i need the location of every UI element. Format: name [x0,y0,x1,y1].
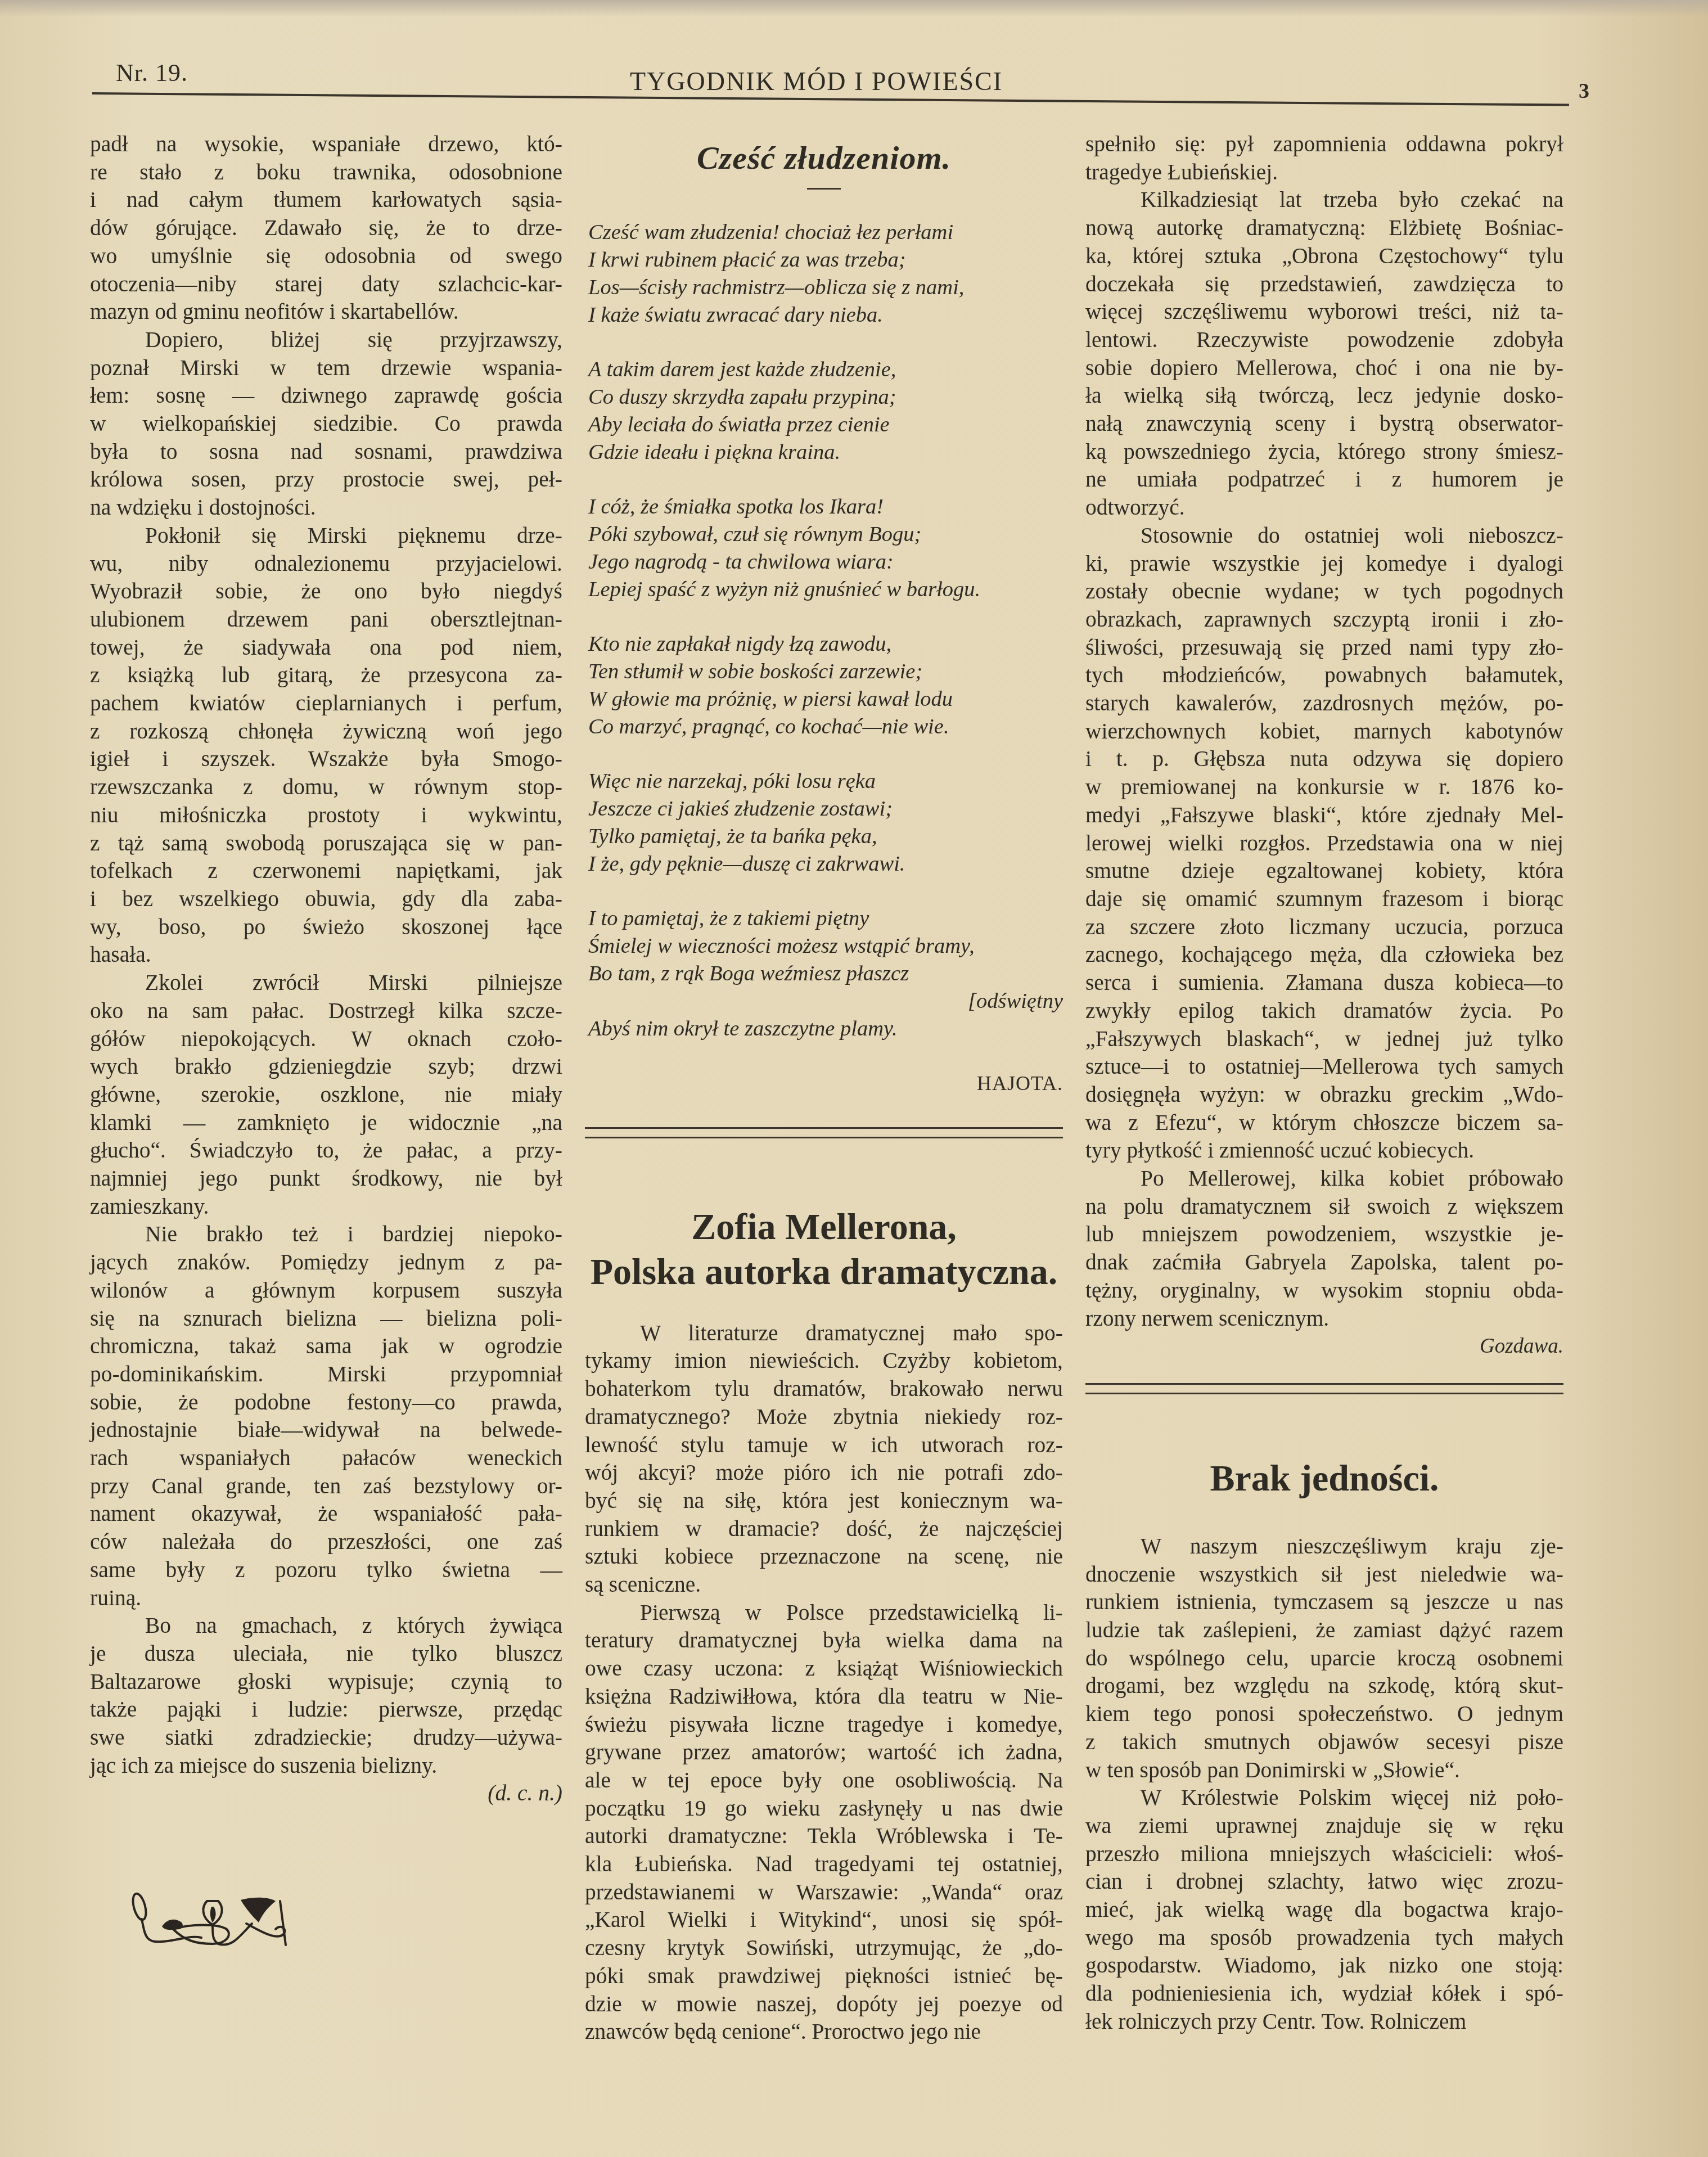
text-line: same były z pozoru tylko świetna — [90,1556,562,1584]
text-line: gospodarstw. Wiadomo, jak nizko one stoj… [1085,1952,1563,1980]
text-line: za szczere złoto liczmany uczucia, porzu… [1085,913,1563,942]
article-title-line1: Zofia Mellerona, [691,1206,957,1248]
text-line: runkiem w dramacie? dość, że najczęściej [585,1515,1063,1543]
text-line: tężny, oryginalny, w wysokim stopniu obd… [1085,1277,1563,1305]
poem-line: Gdzie ideału i piękna kraina. [588,439,1063,466]
issue-number: Nr. 19. [116,58,188,87]
text-line: była to sosna nad sosnami, prawdziwa [90,438,562,466]
text-line: bohaterkom tylu dramatów, brakowało nerw… [585,1375,1063,1403]
text-line: więcej szczęśliwemu wyborowi treści, niż… [1085,298,1563,326]
poem-line: Póki szybował, czuł się równym Bogu; [588,521,1063,548]
text-line: niu miłośniczka prostoty i wykwintu, [90,801,562,830]
poem-title: Cześć złudzeniom. [585,138,1063,178]
text-line: i nad całym tłumem karłowatych sąsia- [90,186,562,214]
text-line: po-dominikańskim. Mirski przypomniał [90,1361,562,1389]
text-line: być się na siłę, która jest koniecznym w… [585,1487,1063,1515]
text-line: wych brakło gdzieniegdzie szyb; drzwi [90,1053,562,1081]
poem-line: Jeszcze ci jakieś złudzenie zostawi; [588,795,1063,823]
text-line: na polu dramatycznem sił swoich z większ… [1085,1193,1563,1221]
paragraph: Pierwszą w Polsce przedstawicielką li-te… [585,1599,1063,2046]
text-line: owe czasy uczona: z książąt Wiśniowiecki… [585,1655,1063,1683]
text-line: mazyn od gminu neofitów i skartabellów. [90,298,562,326]
text-line: tyry płytkość i zmienność uczuć kobiecyc… [1085,1137,1563,1165]
text-line: zostały obecnie wydane; w tych pogodnych [1085,578,1563,606]
text-line: autorki dramatyczne: Tekla Wróblewska i … [585,1822,1063,1850]
text-line: wilonów a głównym korpusem suszyła [90,1277,562,1305]
text-line: ła wielką siłą twórczą, lecz jedynie dos… [1085,382,1563,410]
text-line: Po Mellerowej, kilka kobiet próbowało [1085,1165,1563,1193]
text-line: lentowi. Rzeczywiste powodzenie zdobyła [1085,326,1563,354]
poem-line: I że, gdy pęknie—duszę ci zakrwawi. [588,850,1063,878]
text-line: spełniło się: pył zapomnienia oddawna po… [1085,130,1563,159]
text-line: śliwości, przesuwają się przed nami typy… [1085,634,1563,662]
text-line: je dusza uleciała, nie tylko bluszcz [90,1640,562,1668]
text-line: królowa sosen, przy prostocie swej, peł- [90,466,562,494]
floral-vignette-icon [128,1890,291,1952]
text-line: ka, której sztuka „Obrona Częstochowy“ t… [1085,242,1563,271]
paragraph: Stosownie do ostatniej woli nieboszcz-ki… [1085,522,1563,1165]
article-title-line2: Polska autorka dramatyczna. [591,1251,1057,1293]
text-line: serca i sumienia. Złamana dusza kobieca—… [1085,969,1563,997]
text-line: gółów niepokojących. W oknach czoło- [90,1025,562,1053]
text-line: W Królestwie Polskim więcej niż poło- [1085,1784,1563,1812]
text-line: obrazkach, zaprawnych szczyptą ironii i … [1085,606,1563,634]
text-line: poznał Mirski w tem drzewie wspania- [90,354,562,382]
poem-title-rule [807,188,841,190]
text-line: lewność stylu tamuje w ich utworach roz- [585,1431,1063,1460]
text-line: są sceniczne. [585,1571,1063,1599]
text-line: Bo na gmachach, z których żywiąca [90,1612,562,1640]
text-line: W literaturze dramatycznej mało spo- [585,1320,1063,1348]
paragraph: Po Mellerowej, kilka kobiet próbowałona … [1085,1165,1563,1332]
text-line: przy Canal grande, ten zaś bezstylowy or… [90,1472,562,1501]
poem-line: Bo tam, z rąk Boga weźmiesz płaszcz [588,960,1063,988]
text-line: czesny krytyk Sowiński, utrzymując, że „… [585,1934,1063,1962]
text-line: ne umiała podpatrzeć i z humorem je [1085,466,1563,494]
text-line: kiem tego ponosi społeczeństwo. O jednym [1085,1700,1563,1728]
text-line: sobie dopiero Mellerowa, choć i ona nie … [1085,354,1563,382]
text-line: sztuce—i to ostatniej—Mellerowa tych sam… [1085,1053,1563,1081]
text-line: dramatycznego? Może zbytnia niekiedy roz… [585,1403,1063,1431]
brak-article-body: W naszym nieszczęśliwym kraju zje-dnocze… [1085,1533,1563,2036]
text-line: teratury dramatycznej była wielka dama n… [585,1627,1063,1655]
text-line: zacnego, kochającego męża, dla człowieka… [1085,941,1563,969]
text-line: z tąż samą swobodą poruszająca się w pan… [90,830,562,858]
article-signature: Gozdawa. [1085,1332,1563,1361]
poem-line: Los—ścisły rachmistrz—oblicza się z nami… [588,274,1063,301]
text-line: znawców będą cenione“. Proroctwo jego ni… [585,2018,1063,2046]
text-line: wy, boso, po świeżo skoszonej łące [90,913,562,942]
text-line: ludzie tak zaślepieni, że zamiast dążyć … [1085,1616,1563,1645]
text-line: runkiem istnienia, tymczasem są jeszcze … [1085,1588,1563,1616]
article-title: Zofia Mellerona, Polska autorka dramatyc… [585,1205,1063,1295]
text-line: Nie brakło też i bardziej niepoko- [90,1221,562,1249]
text-line: padł na wysokie, wspaniałe drzewo, któ- [90,130,562,159]
text-line: lerowej wielki rozgłos. Przedstawia ona … [1085,830,1563,858]
text-line: wój akcyi? może pióro ich nie potrafi zd… [585,1459,1063,1487]
text-line: i t. p. Głębsza nuta odzywa się dopiero [1085,745,1563,773]
poem-line: Lepiej spaść z wyżyn niż gnuśnieć w barł… [588,576,1063,604]
poem-stanza: Więc nie narzekaj, póki losu rękaJeszcze… [588,768,1063,878]
text-line: z książką lub gitarą, że przesycona za- [90,661,562,690]
text-line: i bez wszelkiego obuwia, gdy dla zaba- [90,885,562,913]
text-line: zwykły epilog takich dramatów życia. Po [1085,997,1563,1025]
poem-line: I cóż, że śmiałka spotka los Ikara! [588,493,1063,521]
text-line: zamieszkany. [90,1193,562,1221]
paragraph: Zkolei zwrócił Mirski pilniejszeoko na s… [90,969,562,1221]
text-line: wierzchownych kobiet, marnych kabotynów [1085,718,1563,746]
text-line: rzony nerwem scenicznym. [1085,1305,1563,1333]
text-line: łek rolniczych przy Centr. Tow. Rolnicze… [1085,2008,1563,2036]
paragraph: Dopiero, bliżej się przyjrzawszy,poznał … [90,326,562,522]
text-line: wa z Efezu“, w którym chłoszcze biczem s… [1085,1109,1563,1137]
text-line: medyi „Fałszywe blaski“, które zjednały … [1085,801,1563,830]
text-line: przeszło miliona mniejszych właścicieli:… [1085,1840,1563,1868]
poem-line: I krwi rubinem płacić za was trzeba; [588,246,1063,274]
poem-line: Cześć wam złudzenia! chociaż łez perłami [588,219,1063,246]
text-line: głucho“. Świadczyło to, że pałac, a przy… [90,1137,562,1165]
text-line: tragedye Łubieńskiej. [1085,159,1563,187]
poem-stanza: I to pamiętaj, że z takiemi piętnyŚmiele… [588,905,1063,1043]
text-line: W naszym nieszczęśliwym kraju zje- [1085,1533,1563,1561]
text-line: chromiczna, takaż sama jak w ogrodzie [90,1332,562,1361]
text-line: kla Łubieńska. Nad tragedyami tej ostatn… [585,1850,1063,1879]
section-divider [1085,1383,1563,1394]
text-line: księżna Radziwiłłowa, która dla teatru w… [585,1683,1063,1711]
text-line: świeżu pisywała liczne tragedye i komedy… [585,1711,1063,1739]
text-line: Baltazarowe głoski wypisuje; czynią to [90,1668,562,1696]
poem-line: [odświętny [588,988,1063,1015]
paragraph: Pokłonił się Mirski pięknemu drze-wu, ni… [90,522,562,969]
poem-line: I to pamiętaj, że z takiemi piętny [588,905,1063,933]
text-line: jących znaków. Pomiędzy jednym z pa- [90,1249,562,1277]
article-body-part1: W literaturze dramatycznej mało spo-tyka… [585,1320,1063,2046]
poem-line: Aby leciała do światła przez cienie [588,411,1063,439]
text-line: jąc ich za miejsce do suszenia bielizny. [90,1752,562,1780]
text-line: ruiną. [90,1584,562,1613]
paragraph: Nie brakło też i bardziej niepoko-jących… [90,1221,562,1612]
text-line: w ten sposób pan Donimirski w „Słowie“. [1085,1757,1563,1785]
poem-stanza: Kto nie zapłakał nigdy łzą zawodu,Ten st… [588,631,1063,741]
text-line: swe siatki zdradzieckie; drudzy—używa- [90,1724,562,1752]
poem-signature: HAJOTA. [585,1070,1063,1098]
text-line: Kilkadziesiąt lat trzeba było czekać na [1085,186,1563,214]
text-line: na wdzięku i dostojności. [90,494,562,522]
text-line: doczekała się przedstawień, zawdzięcza t… [1085,271,1563,299]
text-line: mieć, jak wielką wagę dla bogactwa krajo… [1085,1896,1563,1924]
text-line: z takich smutnych objawów secesyi pisze [1085,1728,1563,1757]
text-line: pachem kwiatów cieplarnianych i perfum, [90,690,562,718]
text-line: jednostajnie białe—widywał na belwede- [90,1416,562,1444]
text-line: dosięgnęła wyżyn: w obrazku greckim „Wdo… [1085,1081,1563,1109]
text-line: dnoczenie wszystkich sił jest nieledwie … [1085,1561,1563,1589]
text-line: wa ziemi uprawnej znajduje się w ręku [1085,1812,1563,1840]
text-line: dnak zaćmiła Gabryela Zapolska, talent p… [1085,1249,1563,1277]
scan-edge-shadow [0,0,1708,17]
text-line: grywane przez amatorów; wartość ich żadn… [585,1739,1063,1767]
text-line: sobie, że podobne festony—co prawda, [90,1389,562,1417]
paragraph: padł na wysokie, wspaniałe drzewo, któ-r… [90,130,562,326]
text-line: ców należała do przeszłości, one zaś [90,1528,562,1556]
poem-line: Ten stłumił w sobie boskości zarzewie; [588,658,1063,686]
text-line: Stosownie do ostatniej woli nieboszcz- [1085,522,1563,550]
page-number: 3 [1579,79,1589,103]
text-line: nałą znawczynią sceny i bystrą obserwato… [1085,410,1563,438]
text-line: rach wspaniałych pałaców weneckich [90,1444,562,1472]
text-line: tykamy imion niewieścich. Czyżby kobieto… [585,1347,1063,1375]
article-title-brak: Brak jedności. [1085,1456,1563,1501]
text-line: lub mniejszem powodzeniem, wszystkie je- [1085,1221,1563,1249]
text-line: ką powszedniego życia, którego strony śm… [1085,438,1563,466]
text-line: cian i drobnej szlachty, łatwo więc zroz… [1085,1868,1563,1896]
article-body-part2: spełniło się: pył zapomnienia oddawna po… [1085,130,1563,1332]
text-line: nament okazywał, że wspaniałość pała- [90,1500,562,1528]
poem-line: I każe światu zwracać dary nieba. [588,301,1063,329]
text-line: drogami, bez względu na szkodę, którą sk… [1085,1672,1563,1700]
text-line: do wspólnego celu, uparcie kroczą osobne… [1085,1645,1563,1673]
text-line: wu, niby odnalezionemu przyjacielowi. [90,550,562,578]
poem-stanza: I cóż, że śmiałka spotka los Ikara!Póki … [588,493,1063,604]
poem-line: Jego nagrodą - ta chwilowa wiara: [588,548,1063,576]
text-line: łem: sosnę — dziwnego zaprawdę gościa [90,382,562,410]
text-line: ale w tej epoce były one osobliwością. N… [585,1767,1063,1795]
text-line: główne, szerokie, oszklone, nie miały [90,1081,562,1109]
column-poem-article: Cześć złudzeniom. Cześć wam złudzenia! c… [585,130,1063,2046]
poem-line: Abyś nim okrył te zaszczytne plamy. [588,1015,1063,1043]
text-line: klamki — zamknięto je widocznie „na [90,1109,562,1137]
text-line: Pierwszą w Polsce przedstawicielką li- [585,1599,1063,1627]
text-line: ulubionem drzewem pani obersztlejtnan- [90,606,562,634]
section-divider [585,1127,1063,1138]
text-line: Dopiero, bliżej się przyjrzawszy, [90,326,562,354]
text-line: rzewszczanka z domu, w równym stop- [90,773,562,801]
poem-line: Co duszy skrzydła zapału przypina; [588,384,1063,411]
text-line: starych kawalerów, zazdrosnych mężów, po… [1085,690,1563,718]
poem-line: Kto nie zapłakał nigdy łzą zawodu, [588,631,1063,658]
text-line: z rozkoszą chłonęła żywiczną woń jego [90,718,562,746]
text-line: także pająki i ludzie: pierwsze, przędąc [90,1696,562,1724]
text-line: Pokłonił się Mirski pięknemu drze- [90,522,562,550]
text-line: początku 19 go wieku zasłynęły u nas dwi… [585,1795,1063,1823]
text-line: się na sznurach bielizna — bielizna poli… [90,1305,562,1333]
poem-stanza: Cześć wam złudzenia! chociaż łez perłami… [588,219,1063,329]
poem-line: Więc nie narzekaj, póki losu ręka [588,768,1063,795]
novel-text: padł na wysokie, wspaniałe drzewo, któ-r… [90,130,562,1780]
text-line: dzie w mowie naszej, dopóty jej poezye o… [585,1991,1063,2019]
paragraph: Kilkadziesiąt lat trzeba było czekać nan… [1085,186,1563,521]
text-line: wego ma sposób prowadzenia tych małych [1085,1924,1563,1952]
text-line: „Fałszywych blaskach“, w jednej już tylk… [1085,1025,1563,1053]
text-line: w premiowanej na konkursie w r. 1876 ko- [1085,773,1563,801]
paragraph: W naszym nieszczęśliwym kraju zje-dnocze… [1085,1533,1563,1784]
text-line: Wyobraził sobie, że ono było niegdyś [90,578,562,606]
text-line: towej, że siadywała ona pod niem, [90,634,562,662]
poem-line: A takim darem jest każde złudzenie, [588,356,1063,384]
text-line: re stało z boku trawnika, odosobnione [90,159,562,187]
text-line: dów górujące. Zdawało się, że to drze- [90,214,562,242]
text-line: ki, prawie wszystkie jej komedye i dyalo… [1085,550,1563,578]
page-header: Nr. 19. TYGODNIK MÓD I POWIEŚCI 3 [90,51,1563,101]
text-line: dla podnieniesienia ich, wydział kółek i… [1085,1980,1563,2008]
poem-body: Cześć wam złudzenia! chociaż łez perłami… [585,219,1063,1043]
text-line: Zkolei zwrócił Mirski pilniejsze [90,969,562,997]
text-line: wo umyślnie się odosobnia od swego [90,242,562,271]
column-novel: padł na wysokie, wspaniałe drzewo, któ-r… [90,130,562,1808]
text-line: przedstawianemi w Warszawie: „Wanda“ ora… [585,1879,1063,1907]
text-line: póki smak prawdziwej piękności istnieć b… [585,1962,1063,1991]
text-line: smutne dzieje egzaltowanej kobiety, któr… [1085,857,1563,885]
text-line: w wielkopańskiej siedzibie. Co prawda [90,410,562,438]
poem-line: Tylko pamiętaj, że ta bańka pęka, [588,823,1063,850]
paragraph: W literaturze dramatycznej mało spo-tyka… [585,1320,1063,1599]
text-line: igieł i szyszek. Wszakże była Smogo- [90,745,562,773]
paragraph: W Królestwie Polskim więcej niż poło-wa … [1085,1784,1563,2036]
column-article-continued: spełniło się: pył zapomnienia oddawna po… [1085,130,1563,2036]
text-line: sztuki kobiece przeznaczone na scenę, ni… [585,1543,1063,1571]
text-line: daje się omamić szumnym frazesom i biorą… [1085,885,1563,913]
text-line: tofelkach z czerwonemi napiętkami, jak [90,857,562,885]
text-line: otoczenia—niby starej daty szlachcic-kar… [90,271,562,299]
text-line: oko na sam pałac. Dostrzegł kilka szcze- [90,997,562,1025]
paragraph: spełniło się: pył zapomnienia oddawna po… [1085,130,1563,186]
running-title: TYGODNIK MÓD I POWIEŚCI [630,66,1003,96]
continued-note: (d. c. n.) [90,1780,562,1808]
poem-line: W głowie ma próżnię, w piersi kawał lodu [588,686,1063,713]
text-line: odtworzyć. [1085,494,1563,522]
text-line: hasała. [90,941,562,969]
text-line: tych młodzieńców, powabnych bałamutek, [1085,661,1563,690]
poem-line: Śmielej w wieczności możesz wstąpić bram… [588,933,1063,960]
poem-line: Co marzyć, pragnąć, co kochać—nie wie. [588,713,1063,741]
text-line: „Karol Wielki i Witykind“, unosi się spó… [585,1906,1063,1934]
paragraph: Bo na gmachach, z których żywiącaje dusz… [90,1612,562,1780]
text-line: najmniej jego punkt środkowy, nie był [90,1165,562,1193]
poem-stanza: A takim darem jest każde złudzenie,Co du… [588,356,1063,466]
text-line: nową autorkę dramatyczną: Elżbietę Bośni… [1085,214,1563,242]
